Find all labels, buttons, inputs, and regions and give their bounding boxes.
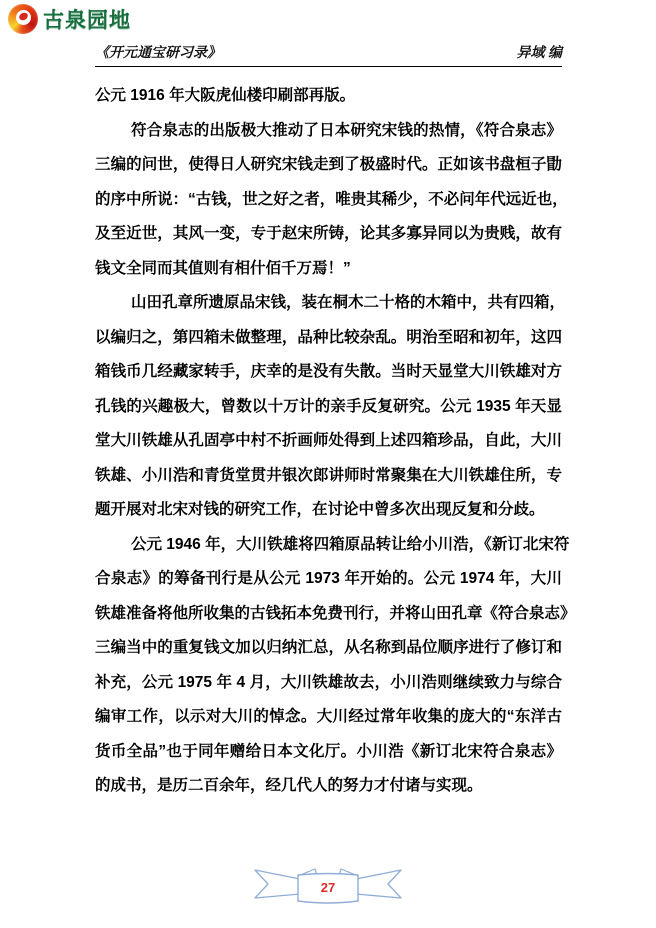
body-text-line: 及至近世，其风一变，专于赵宋所铸，论其多寡异同以为贵贱，故有 [95, 217, 562, 252]
body-text-line: 补充，公元 1975 年 4 月，大川铁雄故去，小川浩则继续致力与综合 [95, 666, 562, 701]
body-text-line: 钱文全同而其值则有相什佰千万焉！” [95, 252, 562, 287]
body-text-line: 公元 1946 年，大川铁雄将四箱原品转让给小川浩，《新订北宋符 [95, 528, 562, 563]
body-text-line: 的成书，是历二百余年，经几代人的努力才付诸与实现。 [95, 769, 562, 804]
book-title: 《开元通宝研习录》 [95, 42, 221, 62]
body-text-line: 以编归之，第四箱未做整理，品种比较杂乱。明治至昭和初年，这四 [95, 321, 562, 356]
body-text-line: 符合泉志的出版极大推动了日本研究宋钱的热情，《符合泉志》 [95, 114, 562, 149]
body-text-line: 铁雄、小川浩和青货堂贯井银次郎讲师时常聚集在大川铁雄住所，专 [95, 459, 562, 494]
body-text-line: 三编当中的重复钱文加以归纳汇总，从名称到品位顺序进行了修订和 [95, 631, 562, 666]
body-text-line: 箱钱币几经藏家转手，庆幸的是没有失散。当时天显堂大川铁雄对方 [95, 355, 562, 390]
page-number-ribbon: 27 [252, 866, 404, 910]
body-text-line: 题开展对北宋对钱的研究工作，在讨论中曾多次出现反复和分歧。 [95, 493, 562, 528]
document-page: 古泉园地 《开元通宝研习录》 异域 编 公元 1916 年大阪虎仙楼印刷部再版。… [0, 0, 656, 928]
body-text-line: 货币全品”也于同年赠给日本文化厅。小川浩《新订北宋符合泉志》 [95, 735, 562, 770]
body-text-line: 孔钱的兴趣极大，曾数以十万计的亲手反复研究。公元 1935 年天显 [95, 390, 562, 425]
document-body: 公元 1916 年大阪虎仙楼印刷部再版。 符合泉志的出版极大推动了日本研究宋钱的… [95, 79, 562, 804]
body-text-line: 的序中所说：“古钱，世之好之者，唯贵其稀少，不必问年代远近也， [95, 183, 562, 218]
coin-swirl-icon [8, 4, 38, 34]
body-text-line: 铁雄准备将他所收集的古钱拓本免费刊行，并将山田孔章《符合泉志》 [95, 597, 562, 632]
site-name: 古泉园地 [43, 4, 131, 34]
page-header: 《开元通宝研习录》 异域 编 [95, 42, 562, 67]
body-text-line: 三编的问世，使得日人研究宋钱走到了极盛时代。正如该书盘桓子勖 [95, 148, 562, 183]
page-number: 27 [298, 875, 358, 901]
body-text-line: 公元 1916 年大阪虎仙楼印刷部再版。 [95, 79, 562, 114]
body-text-line: 山田孔章所遗原品宋钱，装在桐木二十格的木箱中，共有四箱， [95, 286, 562, 321]
site-logo: 古泉园地 [8, 4, 131, 34]
body-text-line: 合泉志》的筹备刊行是从公元 1973 年开始的。公元 1974 年，大川 [95, 562, 562, 597]
editor-credit: 异域 编 [517, 42, 563, 62]
body-text-line: 编审工作，以示对大川的悼念。大川经过常年收集的庞大的“东洋古 [95, 700, 562, 735]
body-text-line: 堂大川铁雄从孔固亭中村不折画师处得到上述四箱珍品，自此，大川 [95, 424, 562, 459]
